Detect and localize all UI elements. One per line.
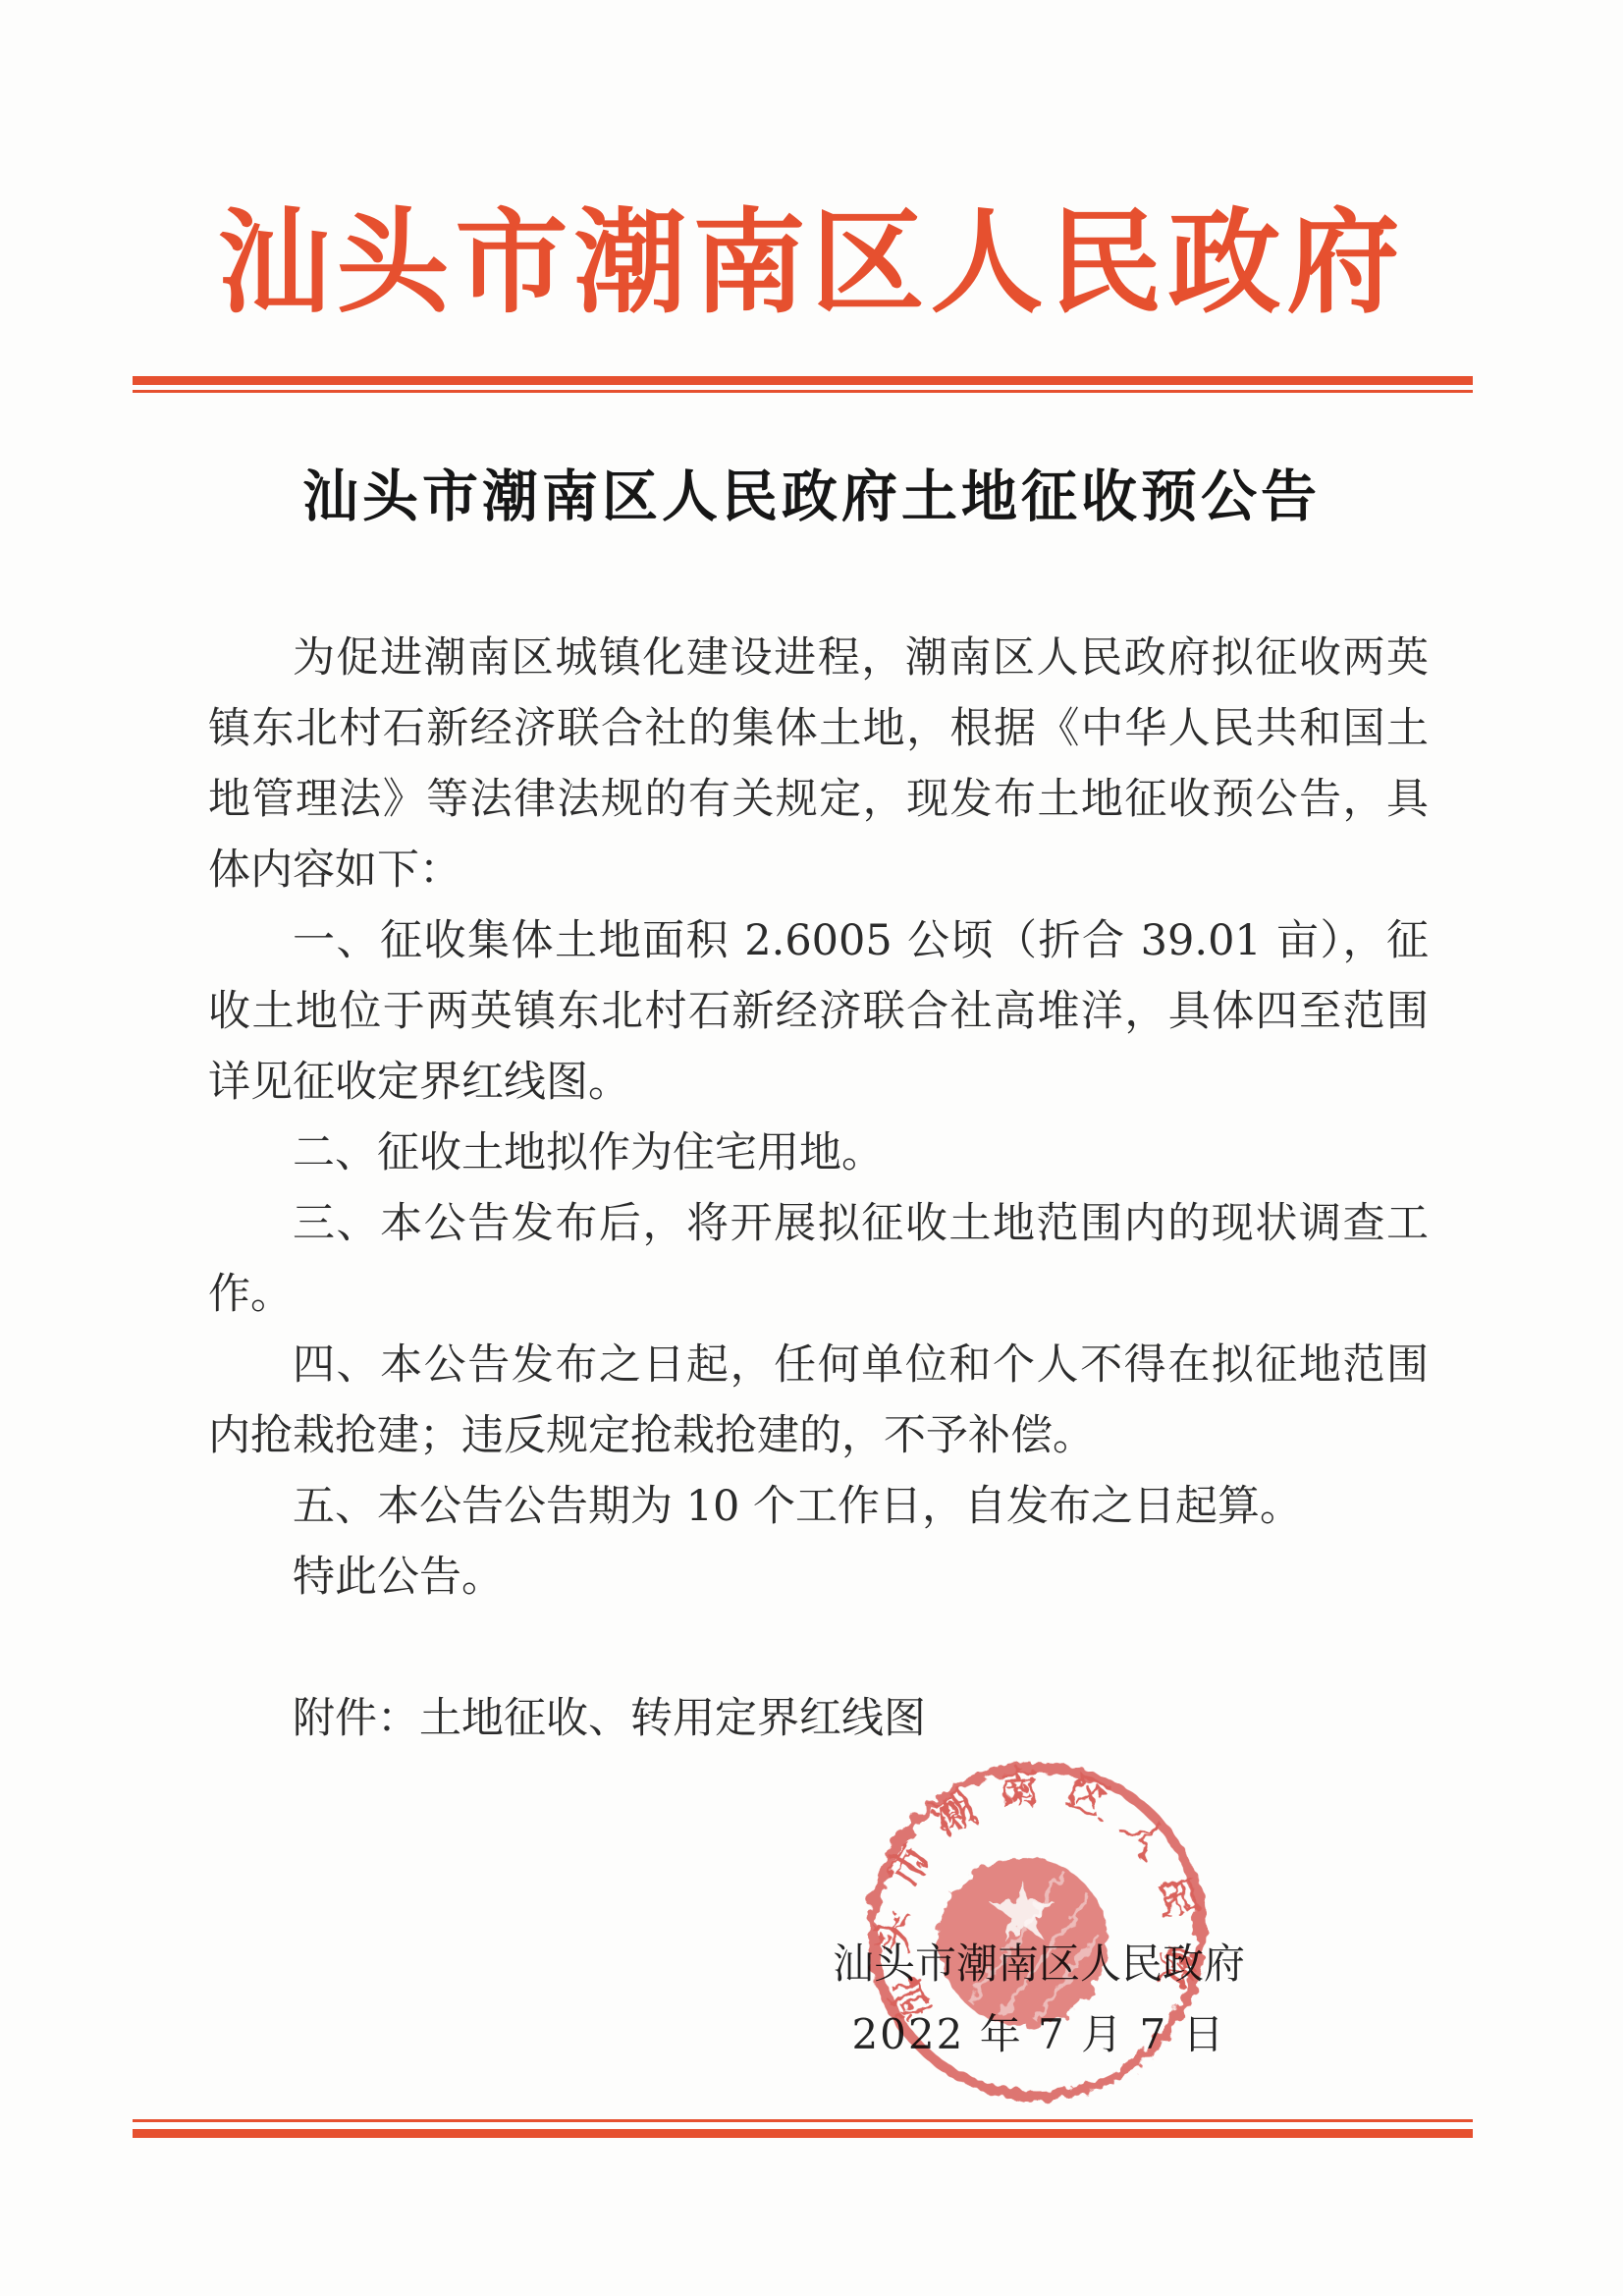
paragraph-item-4: 四、本公告发布之日起，任何单位和个人不得在拟征地范围内抢栽抢建；违反规定抢栽抢建… (208, 1330, 1429, 1471)
paragraph-intro: 为促进潮南区城镇化建设进程，潮南区人民政府拟征收两英镇东北村石新经济联合社的集体… (208, 623, 1429, 905)
document-page: 汕头市潮南区人民政府 汕头市潮南区人民政府土地征收预公告 为促进潮南区城镇化建设… (0, 0, 1623, 2296)
paragraph-item-5: 五、本公告公告期为 10 个工作日，自发布之日起算。 (208, 1471, 1429, 1542)
footer-rule-thin (133, 2119, 1473, 2122)
attachment-line: 附件：土地征收、转用定界红线图 (208, 1683, 1429, 1754)
seal-emblem (936, 1855, 1110, 2030)
paragraph-item-2: 二、征收土地拟作为住宅用地。 (208, 1118, 1429, 1188)
header-rule-thick (133, 376, 1473, 385)
footer-rule-thick (133, 2129, 1473, 2138)
document-title: 汕头市潮南区人民政府土地征收预公告 (0, 462, 1623, 532)
paragraph-closing: 特此公告。 (208, 1542, 1429, 1613)
paragraph-item-3: 三、本公告发布后，将开展拟征收土地范围内的现状调查工作。 (208, 1188, 1429, 1330)
official-seal: 汕头市潮南区人民政府 (860, 1755, 1214, 2108)
letterhead-title: 汕头市潮南区人民政府 (0, 196, 1623, 329)
paragraph-item-1: 一、征收集体土地面积 2.6005 公顷（折合 39.01 亩），征收土地位于两… (208, 905, 1429, 1118)
header-rule-thin (133, 390, 1473, 393)
document-body: 为促进潮南区城镇化建设进程，潮南区人民政府拟征收两英镇东北村石新经济联合社的集体… (208, 623, 1429, 1754)
